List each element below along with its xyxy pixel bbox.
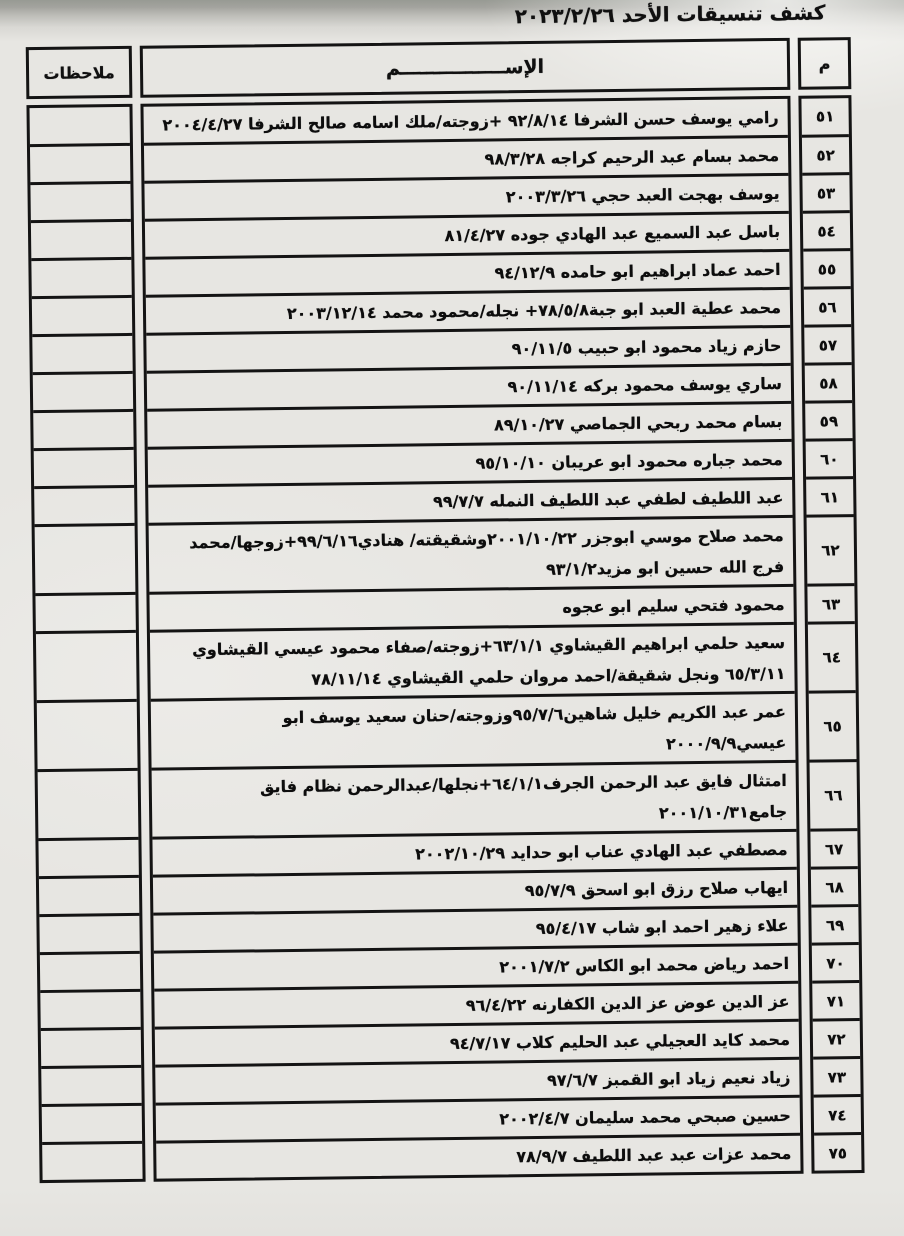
row-number-cell: ٦٧ [825,840,844,858]
row-name-cell: امتثال فايق عبد الرحمن الجرف٦٤/١/١+نجلها… [161,765,788,835]
row-number-cell: ٥٤ [817,222,836,240]
row-name-cell: ايهاب صلاح رزق ابو اسحق ٩٥/٧/٩ [525,872,789,906]
table-row [42,1141,142,1180]
table-row [37,699,138,769]
table-row: ٧٠ [812,942,859,981]
row-name-cell: محمد كايد العجيلي عبد الحليم كلاب ٩٤/٧/١… [450,1024,790,1059]
row-number-cell: ٥١ [816,107,835,125]
row-number-cell: ٦٤ [822,648,841,666]
table-row [40,951,140,990]
number-column-header: م [798,37,852,90]
table-row: ٦٨ [811,866,858,905]
table-row: ٦٠ [806,438,853,477]
row-name-cell: رامي يوسف حسن الشرفا ٩٢/٨/١٤ +زوجته/ملك … [162,101,779,140]
row-number-cell: ٧٥ [829,1144,848,1162]
row-name-cell: حسين صبحي محمد سليمان ٢٠٠٢/٤/٧ [499,1100,791,1135]
name-column-header: الإســــــــــــــــم [140,38,791,98]
row-number-cell: ٧١ [827,992,846,1010]
row-name-cell: محمد جباره محمود ابو عريبان ٩٥/١٠/١٠ [475,444,783,479]
table-row: ٧٤ [814,1094,861,1133]
table-row [34,447,134,486]
table-row: ٦٧ [810,828,857,867]
table-row [39,913,139,952]
row-name-cell: عبد اللطيف لطفي عبد اللطيف النمله ٩٩/٧/٧ [433,482,784,517]
table-row: ٥٦ [804,286,851,325]
table-row: ٥٣ [802,172,849,211]
row-name-cell: محمد بسام عبد الرحيم كراجه ٩٨/٣/٢٨ [484,140,779,175]
table-row [33,371,133,410]
table-row [30,143,130,182]
row-number-cell: ٥٦ [818,298,837,316]
row-number-cell: ٧٠ [826,954,845,972]
table-row [35,592,135,631]
table-row: ٥٥ [803,248,850,287]
row-name-cell: علاء زهير احمد ابو شاب ٩٥/٤/١٧ [536,910,789,944]
scanned-page: كشف تنسيقات الأحد ٢٠٢٣/٢/٢٦ ملاحظات الإس… [0,0,904,1236]
table-row: ٦٣ [807,583,854,622]
row-number-cell: ٥٥ [818,260,837,278]
row-name-cell: عمر عبد الكريم خليل شاهين٩٥/٧/٦وزوجته/حن… [160,696,787,766]
row-name-cell: ساري يوسف محمود بركه ٩٠/١١/١٤ [507,368,782,402]
row-name-cell: يوسف بهجت العبد حجي ٢٠٠٣/٣/٢٦ [506,178,780,212]
row-name-cell: باسل عبد السميع عبد الهادي جوده ٨١/٤/٢٧ [444,216,780,251]
table-row: ٦٩ [811,904,858,943]
table-row: محمد عزات عبد عبد اللطيف ٧٨/٩/٧ [156,1133,800,1179]
table-row [35,523,136,593]
table-row: ٥٧ [804,324,851,363]
table-row [33,409,133,448]
table-row [30,181,130,220]
row-number-cell: ٦٠ [820,450,839,468]
table-row: ٧١ [812,980,859,1019]
row-name-cell: سعيد حلمي ابراهيم القيشاوي ٦٣/١/١+زوجته/… [159,627,786,697]
row-number-cell: ٥٣ [817,184,836,202]
row-number-cell: ٦٣ [822,595,841,613]
row-number-cell: ٧٢ [827,1030,846,1048]
row-name-cell: عز الدين عوض عز الدين الكفارنه ٩٦/٤/٢٢ [466,986,790,1021]
table-row: ٦٤ [808,621,856,691]
row-number-cell: ٥٩ [820,412,839,430]
notes-column-header-label: ملاحظات [43,63,114,83]
row-number-cell: ٧٣ [828,1068,847,1086]
row-name-cell: مصطفي عبد الهادي عناب ابو حدايد ٢٠٠٢/١٠/… [415,834,788,870]
row-number-cell: ٥٧ [819,336,838,354]
table-row [39,875,139,914]
name-column: الإســــــــــــــــم رامي يوسف حسن الشر… [140,38,804,1182]
table-row: ٧٥ [814,1132,861,1171]
row-number-cell: ٦١ [821,488,840,506]
table-row [41,1027,141,1066]
table-row: ٥٤ [803,210,850,249]
table-row: امتثال فايق عبد الرحمن الجرف٦٤/١/١+نجلها… [152,760,797,837]
table-row [42,1103,142,1142]
table-row: ٥١ [801,98,848,135]
notes-column: ملاحظات [26,46,146,1183]
table-row [32,333,132,372]
row-name-cell: بسام محمد ربحي الجماصي ٨٩/١٠/٢٧ [494,406,783,441]
table-row [29,107,129,144]
table-row: محمد صلاح موسي ابوجزر ٢٠٠١/١٠/٢٢وشقيقته/… [149,515,794,592]
table-row: ٧٢ [813,1018,860,1057]
row-number-cell: ٦٩ [826,916,845,934]
row-name-cell: محمود فتحي سليم ابو عجوه [562,589,785,623]
number-column-body: ٥١٥٢٥٣٥٤٥٥٥٦٥٧٥٨٥٩٦٠٦١٦٢٦٣٦٤٦٥٦٦٦٧٦٨٦٩٧٠… [798,95,864,1174]
table-row [38,768,139,838]
row-number-cell: ٥٨ [819,374,838,392]
row-name-cell: احمد رياض محمد ابو الكاس ٢٠٠١/٧/٢ [499,948,789,983]
table-row: سعيد حلمي ابراهيم القيشاوي ٦٣/١/١+زوجته/… [150,622,795,699]
row-name-cell: احمد عماد ابراهيم ابو حامده ٩٤/١٢/٩ [494,254,780,288]
table-row: ٥٢ [802,134,849,173]
table-row: ٧٣ [813,1056,860,1095]
name-column-body: رامي يوسف حسن الشرفا ٩٢/٨/١٤ +زوجته/ملك … [140,96,803,1182]
row-name-cell: حازم زياد محمود ابو حبيب ٩٠/١١/٥ [512,330,782,364]
table-row [36,630,137,700]
table-row [41,1065,141,1104]
notes-column-body [26,104,145,1183]
row-number-cell: ٥٢ [816,146,835,164]
table-row: ٥٩ [805,400,852,439]
table-row [31,219,131,258]
row-name-cell: محمد عطية العبد ابو جبة٧٨/٥/٨+ نجله/محمو… [287,292,781,329]
table-row [38,837,138,876]
table-row: ٦٢ [807,514,855,584]
row-number-cell: ٦٦ [824,786,843,804]
scan-tilt-wrapper: كشف تنسيقات الأحد ٢٠٢٣/٢/٢٦ ملاحظات الإس… [0,0,904,1236]
name-column-header-label: الإســــــــــــــــم [386,56,544,80]
row-name-cell: زياد نعيم زياد ابو القمبز ٩٧/٦/٧ [547,1062,791,1096]
row-number-cell: ٧٤ [828,1106,847,1124]
table-row [32,295,132,334]
row-name-cell: محمد عزات عبد عبد اللطيف ٧٨/٩/٧ [516,1138,791,1172]
table-row: ٦٦ [810,759,858,829]
page-title: كشف تنسيقات الأحد ٢٠٢٣/٢/٢٦ [515,0,826,28]
notes-column-header: ملاحظات [26,46,133,99]
row-number-cell: ٦٥ [823,717,842,735]
table-row [40,989,140,1028]
table-row: عمر عبد الكريم خليل شاهين٩٥/٧/٦وزوجته/حن… [151,691,796,768]
row-number-cell: ٦٨ [825,878,844,896]
table-row: ٦٥ [809,690,857,760]
table-row [31,257,131,296]
table-row [34,485,134,524]
number-column-header-label: م [819,54,831,73]
row-number-cell: ٦٢ [821,541,840,559]
number-column: م ٥١٥٢٥٣٥٤٥٥٥٦٥٧٥٨٥٩٦٠٦١٦٢٦٣٦٤٦٥٦٦٦٧٦٨٦٩… [798,37,865,1174]
table-row: ٦١ [806,476,853,515]
table-row: ٥٨ [805,362,852,401]
row-name-cell: محمد صلاح موسي ابوجزر ٢٠٠١/١٠/٢٢وشقيقته/… [158,520,785,590]
